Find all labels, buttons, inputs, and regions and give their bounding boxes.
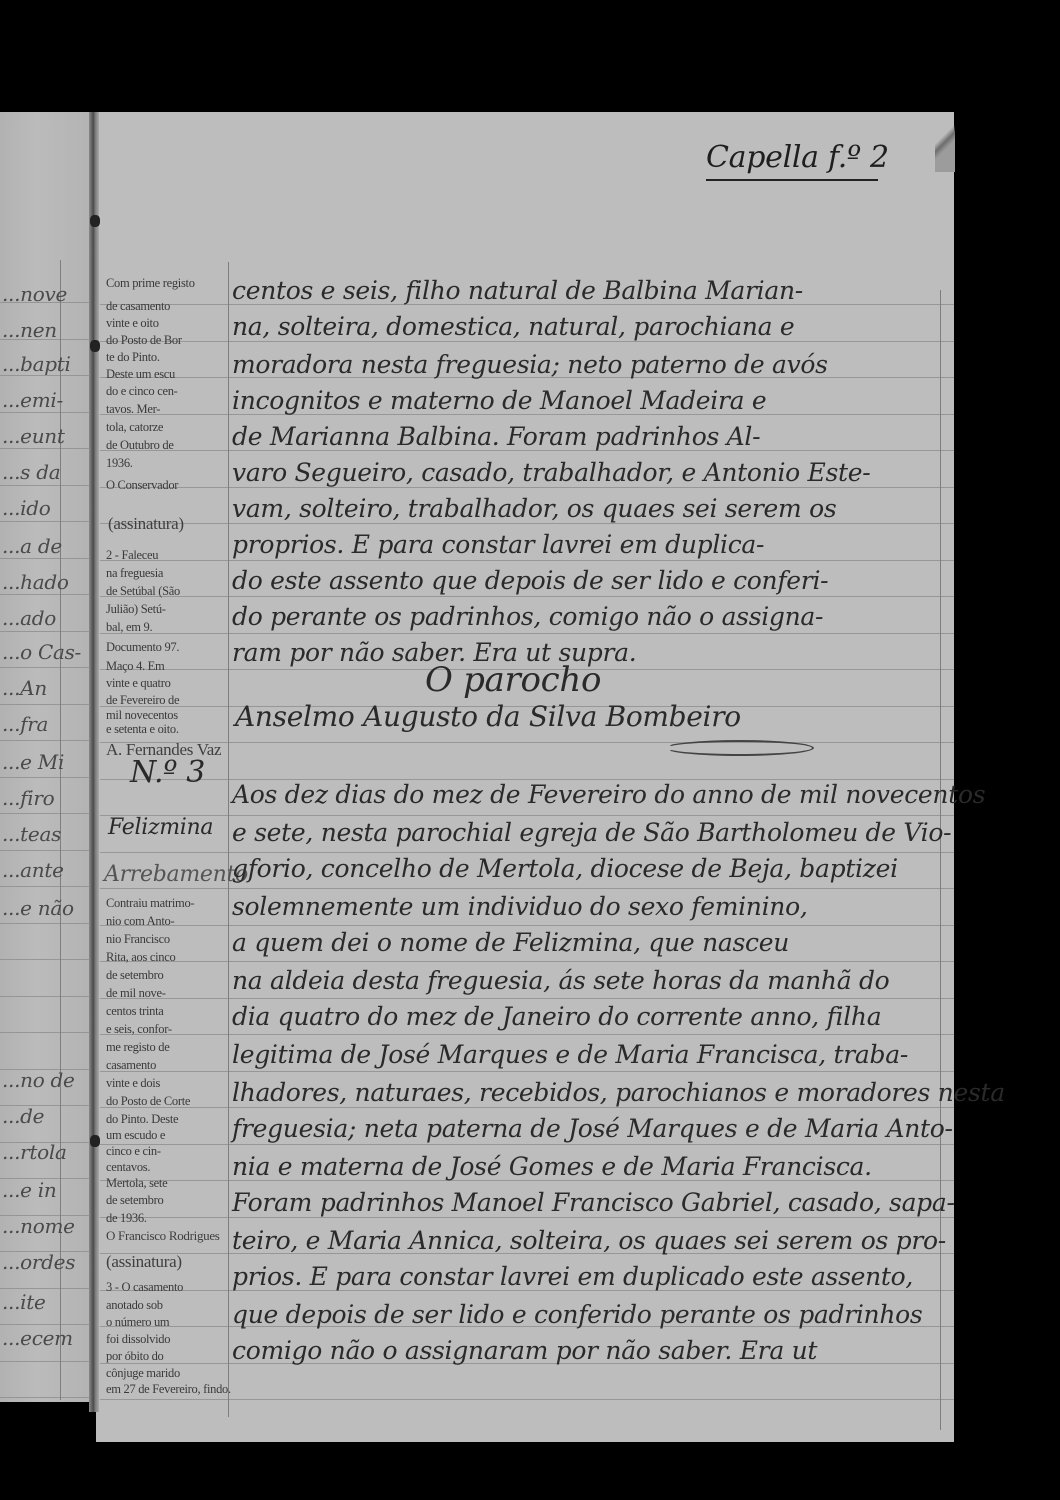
margin-note-line: de mil nove- <box>106 986 166 1001</box>
entry-line: lhadores, naturaes, recebidos, parochian… <box>232 1078 1005 1107</box>
left-fragment: ...no de <box>2 1068 75 1092</box>
margin-note-line: Deste um escu <box>106 367 175 382</box>
entry-line: de Marianna Balbina. Foram padrinhos Al- <box>232 422 760 451</box>
margin-note-line: do Pinto. Deste <box>106 1112 178 1127</box>
entry-line: do este assento que depois de ser lido e… <box>232 566 828 595</box>
margin-note-line: de setembro <box>106 968 163 983</box>
margin-note-line: e seis, confor- <box>106 1022 172 1037</box>
margin-note-line: Rita, aos cinco <box>106 950 175 965</box>
entry-line: freguesia; neta paterna de José Marques … <box>232 1114 953 1143</box>
entry-line: gforio, concelho de Mertola, diocese de … <box>232 854 898 883</box>
book-gutter <box>89 112 99 1412</box>
margin-note-line: de 1936. <box>106 1211 147 1226</box>
entry-line: legitima de José Marques e de Maria Fran… <box>232 1040 908 1069</box>
margin-note-line: de Setúbal (São <box>106 584 180 599</box>
margin-note-line: na freguesia <box>106 566 163 581</box>
margin-note-signature: O Francisco Rodrigues <box>106 1228 220 1244</box>
baptized-name: Felizmina <box>108 815 213 840</box>
margin-note-line: tavos. Mer- <box>106 402 160 417</box>
margin-note-signature: (assinatura) <box>106 1252 182 1272</box>
left-fragment: ...o Cas- <box>2 640 81 664</box>
margin-note-line: tola, catorze <box>106 420 163 435</box>
margin-note-line: um escudo e <box>106 1128 165 1143</box>
margin-note-line: vinte e dois <box>106 1076 160 1091</box>
margin-note-line: de Fevereiro de <box>106 693 179 708</box>
margin-note-line: foi dissolvido <box>106 1332 170 1347</box>
priest-signature: Anselmo Augusto da Silva Bombeiro <box>235 700 741 733</box>
entry-line: moradora nesta freguesia; neto paterno d… <box>232 350 828 379</box>
margin-note-line: de Outubro de <box>106 438 174 453</box>
left-fragment: ...ecem <box>2 1326 73 1350</box>
margin-note-line: e setenta e oito. <box>106 722 179 737</box>
right-margin-rule <box>940 290 941 1430</box>
entry-line: solemnemente um individuo do sexo femini… <box>232 892 808 921</box>
left-fragment: ...hado <box>2 570 69 594</box>
margin-note-line: por óbito do <box>106 1349 164 1364</box>
entry-line: centos e seis, filho natural de Balbina … <box>232 276 803 305</box>
left-fragment: ...e Mi <box>2 750 64 774</box>
margin-note-line: cônjuge marido <box>106 1366 180 1381</box>
entry-line: vam, solteiro, trabalhador, os quaes sei… <box>232 494 836 523</box>
margin-note-line: vinte e oito <box>106 316 159 331</box>
folded-corner <box>935 112 955 172</box>
entry-line: Foram padrinhos Manoel Francisco Gabriel… <box>232 1188 955 1217</box>
left-fragment: ...ado <box>2 606 56 630</box>
entry-line: na aldeia desta freguesia, ás sete horas… <box>232 966 889 995</box>
entry-line: prios. E para constar lavrei em duplicad… <box>232 1262 913 1291</box>
left-fragment: ...emi- <box>2 388 63 412</box>
margin-note-line: anotado sob <box>106 1298 163 1313</box>
left-fragment: ...e in <box>2 1178 56 1202</box>
left-fragment: ...An <box>2 676 47 700</box>
left-fragment: ...ordes <box>2 1250 75 1274</box>
margin-note-line: 2 - Faleceu <box>106 548 158 563</box>
left-fragment: ...firo <box>2 786 54 810</box>
binding-hole <box>90 1135 100 1147</box>
page-reference: Capella f.º 2 <box>706 140 889 175</box>
margin-note-line: vinte e quatro <box>106 676 171 691</box>
entry-line: proprios. E para constar lavrei em dupli… <box>232 530 764 559</box>
signature-title: O parocho <box>425 660 601 700</box>
entry-line: dia quatro do mez de Janeiro do corrente… <box>232 1002 881 1031</box>
entry-line: teiro, e Maria Annica, solteira, os quae… <box>232 1226 946 1255</box>
margin-note-line: o número um <box>106 1315 169 1330</box>
left-fragment: ...fra <box>2 712 48 736</box>
baptized-surname-note: Arrebamento <box>104 862 248 887</box>
left-fragment: ...e não <box>2 896 74 920</box>
margin-note-line: Documento 97. <box>106 640 179 655</box>
left-fragment: ...s da <box>2 460 60 484</box>
entry-line: comigo não o assignaram por não saber. E… <box>232 1336 817 1365</box>
margin-note-line: do Posto de Corte <box>106 1094 190 1109</box>
margin-note-signature: (assinatura) <box>108 514 184 534</box>
margin-note-line: Maço 4. Em <box>106 659 164 674</box>
margin-note-line: do Posto de Bor <box>106 333 182 348</box>
margin-note-line: Julião) Setú- <box>106 602 166 617</box>
margin-note-line: nio Francisco <box>106 932 170 947</box>
margin-rule <box>228 262 229 1417</box>
left-fragment: ...nome <box>2 1214 75 1238</box>
page-reference-underline <box>706 179 878 181</box>
margin-note-line: casamento <box>106 1058 156 1073</box>
entry-line: incognitos e materno de Manoel Madeira e <box>232 386 766 415</box>
margin-note-line: bal, em 9. <box>106 620 152 635</box>
left-fragment: ...ite <box>2 1290 46 1314</box>
left-fragment: ...eunt <box>2 424 65 448</box>
margin-note-signature-label: O Conservador <box>106 478 178 493</box>
left-fragment: ...nen <box>2 318 57 342</box>
left-fragment: ...ido <box>2 496 51 520</box>
margin-note-line: 3 - O casamento <box>106 1280 183 1295</box>
left-fragment: ...ante <box>2 858 64 882</box>
left-fragment: ...a de <box>2 534 62 558</box>
margin-note-line: em 27 de Fevereiro, findo. <box>106 1382 231 1397</box>
left-fragment: ...nove <box>2 282 67 306</box>
left-fragment: ...bapti <box>2 352 71 376</box>
margin-note-line: centavos. <box>106 1160 150 1175</box>
signature-flourish <box>665 740 814 756</box>
margin-note-line: Com prime registo <box>106 276 195 291</box>
margin-note-line: te do Pinto. <box>106 350 160 365</box>
margin-note-line: cinco e cin- <box>106 1144 161 1159</box>
margin-note-line: Mertola, sete <box>106 1176 167 1191</box>
margin-note-line: mil novecentos <box>106 708 178 723</box>
left-fragment: ...rtola <box>2 1140 67 1164</box>
entry-line: Aos dez dias do mez de Fevereiro do anno… <box>232 780 985 809</box>
entry-line: que depois de ser lido e conferido peran… <box>232 1300 922 1329</box>
left-fragment: ...teas <box>2 822 61 846</box>
binding-hole <box>90 215 100 227</box>
entry-line: nia e materna de José Gomes e de Maria F… <box>232 1152 872 1181</box>
entry-line: na, solteira, domestica, natural, paroch… <box>232 312 794 341</box>
margin-note-line: Contraiu matrimo- <box>106 896 194 911</box>
left-fragment: ...de <box>2 1104 44 1128</box>
margin-note-line: do e cinco cen- <box>106 384 178 399</box>
entry-line: varo Segueiro, casado, trabalhador, e An… <box>232 458 870 487</box>
entry-line: a quem dei o nome de Felizmina, que nasc… <box>232 928 789 957</box>
margin-note-line: 1936. <box>106 456 133 471</box>
margin-note-line: de casamento <box>106 299 170 314</box>
margin-note-line: nio com Anto- <box>106 914 174 929</box>
margin-note-line: me registo de <box>106 1040 169 1055</box>
entry-line: do perante os padrinhos, comigo não o as… <box>232 602 823 631</box>
margin-note-line: de setembro <box>106 1193 163 1208</box>
margin-note-line: centos trinta <box>106 1004 164 1019</box>
entry-number: N.º 3 <box>130 755 205 790</box>
entry-line: e sete, nesta parochial egreja de São Ba… <box>232 818 951 847</box>
binding-hole <box>90 340 100 352</box>
